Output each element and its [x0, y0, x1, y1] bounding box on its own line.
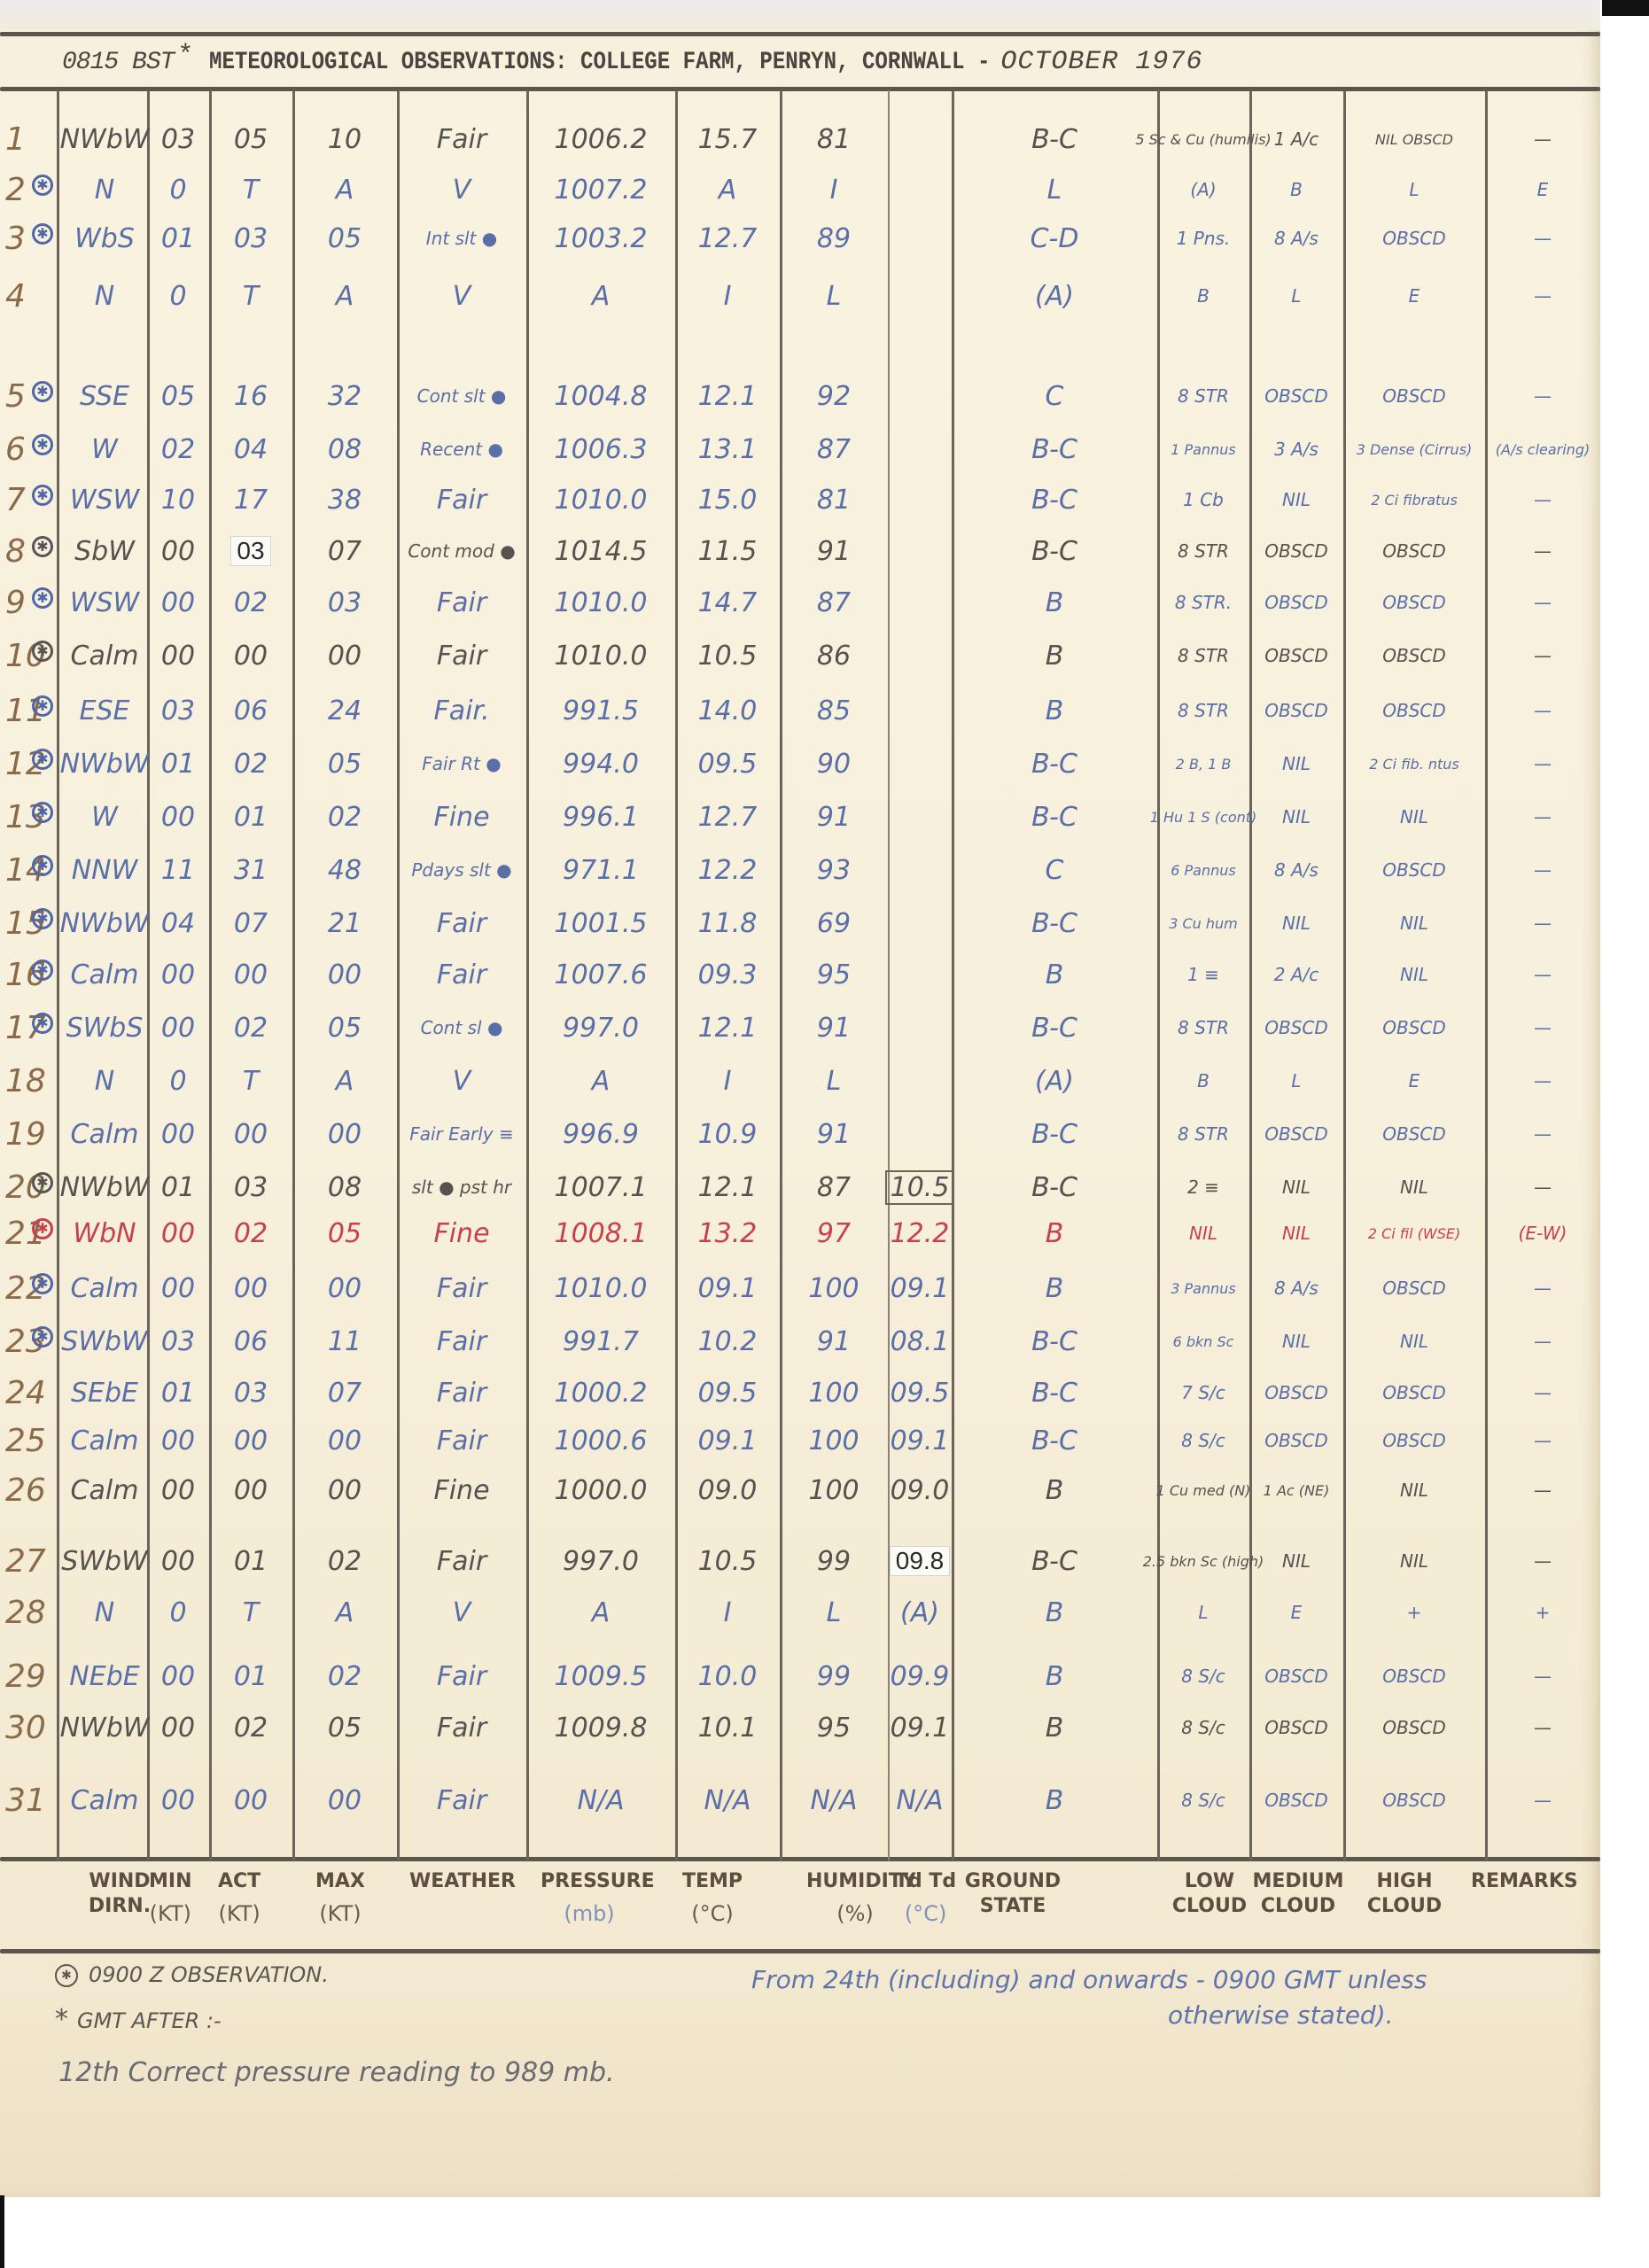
cell-td — [888, 525, 952, 577]
cell-max: 02 — [292, 791, 397, 843]
cell-value: Cont mod ● — [408, 540, 515, 562]
cell-value: V — [453, 1066, 471, 1097]
cell-high-cloud: OBSCD — [1343, 577, 1485, 628]
cell-act: 31 — [209, 844, 292, 896]
cell-max: A — [292, 270, 397, 322]
cell-remarks: — — [1485, 1161, 1600, 1213]
cell-value: 00 — [234, 1119, 268, 1150]
cell-value: OBSCD — [1264, 645, 1328, 666]
cell-humidity: 87 — [780, 1161, 888, 1213]
cell-value: Fair — [437, 1713, 486, 1744]
cell-max: 21 — [292, 897, 397, 949]
observation-marker-icon: ✱ — [32, 695, 53, 717]
cell-low-cloud: 2 ≡ — [1157, 1161, 1249, 1213]
cell-value: Fair — [437, 1326, 486, 1357]
cell-remarks: — — [1485, 1262, 1600, 1314]
cell-value: 2 ≡ — [1187, 1177, 1219, 1198]
cell-value: 991.7 — [563, 1326, 639, 1357]
cell-value: 0 — [169, 1066, 186, 1097]
cell-value: 1010.0 — [555, 485, 648, 516]
cell-value: 05 — [234, 124, 268, 155]
cell-value: 1000.0 — [555, 1475, 648, 1506]
cell-max: 32 — [292, 370, 397, 422]
cell-value: 8 STR — [1178, 385, 1229, 407]
cell-low-cloud: 8 S/c — [1157, 1415, 1249, 1466]
cell-value: I — [724, 1066, 732, 1097]
cell-value: 1 ≡ — [1187, 964, 1219, 985]
cell-value: 05 — [328, 749, 362, 780]
cell-humidity: 87 — [780, 423, 888, 475]
cell-value: — — [1534, 1666, 1552, 1687]
cell-value: (A) — [1035, 1066, 1074, 1097]
cell-medium-cloud: NIL — [1249, 791, 1343, 843]
cell-value: 00 — [234, 1475, 268, 1506]
cell-value: 996.1 — [563, 802, 639, 833]
cell-medium-cloud: OBSCD — [1249, 1108, 1343, 1160]
column-header-ground: GROUND STATE — [964, 1869, 1062, 1919]
cell-value: SbW — [74, 536, 135, 567]
cell-wind-dir: W — [62, 791, 147, 843]
cell-remarks: (E-W) — [1485, 1208, 1600, 1259]
cell-ground: B — [952, 1208, 1157, 1259]
cell-ground: B — [952, 949, 1157, 1000]
cell-value: 09.0 — [891, 1475, 950, 1506]
cell-max: 24 — [292, 685, 397, 736]
cell-medium-cloud: 8 A/s — [1249, 213, 1343, 264]
cell-temp: 13.2 — [675, 1208, 780, 1259]
cell-value: 12.2 — [698, 855, 758, 886]
cell-value: OBSCD — [1382, 1717, 1446, 1738]
cell-value: (A) — [1035, 281, 1074, 312]
cell-value: B — [1290, 179, 1303, 200]
cell-high-cloud: NIL — [1343, 1316, 1485, 1367]
cell-value: — — [1534, 753, 1552, 774]
cell-weather: Recent ● — [397, 423, 526, 475]
cell-high-cloud: NIL — [1343, 791, 1485, 843]
cell-temp: 11.8 — [675, 897, 780, 949]
cell-value: 15.7 — [698, 124, 758, 155]
observation-marker-icon: ✱ — [32, 1218, 53, 1239]
cell-temp: 13.1 — [675, 423, 780, 475]
cell-value: 00 — [161, 1661, 195, 1692]
table-row: 30NWbW000205Fair1009.810.19509.1B8 S/cOB… — [0, 1702, 1600, 1753]
cell-high-cloud: OBSCD — [1343, 1415, 1485, 1466]
cell-ground: L — [952, 164, 1157, 215]
cell-pressure: 971.1 — [526, 844, 675, 896]
cell-value: 03 — [161, 695, 195, 726]
table-row: 4N0TAVAIL(A)BLE— — [0, 270, 1600, 322]
cell-value: 8 A/s — [1274, 228, 1318, 249]
cell-value: 13.2 — [698, 1218, 758, 1249]
cell-value: OBSCD — [1264, 1717, 1328, 1738]
cell-value: 00 — [234, 641, 268, 672]
cell-max: 08 — [292, 1161, 397, 1213]
cell-humidity: 90 — [780, 738, 888, 789]
cell-pressure: 1007.2 — [526, 164, 675, 215]
cell-value: — — [1534, 540, 1552, 562]
cell-ground: B-C — [952, 1316, 1157, 1367]
cell-value: NWbW — [60, 908, 150, 939]
cell-high-cloud: E — [1343, 1055, 1485, 1107]
cell-value: 8 STR — [1178, 1017, 1229, 1038]
cell-weather: V — [397, 1587, 526, 1638]
observation-grid: 1NWbW030510Fair1006.215.781B-C5 Sc & Cu … — [0, 90, 1600, 1860]
cell-high-cloud: 2 Ci fib. ntus — [1343, 738, 1485, 789]
cell-value: 09.9 — [891, 1661, 950, 1692]
cell-value: — — [1534, 806, 1552, 827]
cell-value: 00 — [161, 1475, 195, 1506]
cell-pressure: 1007.1 — [526, 1161, 675, 1213]
cell-value: WbS — [74, 223, 135, 254]
cell-humidity: 89 — [780, 213, 888, 264]
observation-marker-icon: ✱ — [32, 1326, 53, 1348]
cell-act: 00 — [209, 1262, 292, 1314]
cell-high-cloud: OBSCD — [1343, 525, 1485, 577]
cell-ground: (A) — [952, 270, 1157, 322]
cell-act: 00 — [209, 1415, 292, 1466]
cell-value: OBSCD — [1382, 700, 1446, 721]
cell-value: SWbS — [66, 1013, 144, 1044]
table-row: 6✱W020408Recent ●1006.313.187B-C1 Pannus… — [0, 423, 1600, 475]
cell-value: B-C — [1031, 536, 1077, 567]
cell-value: 02 — [328, 1661, 362, 1692]
cell-value: 1 Cu med (N) — [1156, 1482, 1251, 1499]
observation-marker-icon: ✱ — [32, 641, 53, 662]
day-number: 25 — [5, 1415, 46, 1466]
cell-humidity: 95 — [780, 949, 888, 1000]
cell-value: OBSCD — [1264, 592, 1328, 613]
cell-weather: Fair. — [397, 685, 526, 736]
cell-value: W — [91, 434, 118, 465]
cell-act: T — [209, 270, 292, 322]
day-number: 2 — [5, 164, 26, 215]
cell-min: 00 — [147, 1002, 209, 1053]
cell-remarks: — — [1485, 1535, 1600, 1587]
cell-weather: Fair — [397, 630, 526, 681]
cell-value: 87 — [817, 1172, 851, 1203]
cell-value: — — [1534, 285, 1552, 307]
cell-remarks: + — [1485, 1587, 1600, 1638]
cell-low-cloud: 1 Pannus — [1157, 423, 1249, 475]
cell-medium-cloud: L — [1249, 270, 1343, 322]
cell-value: NIL — [1282, 806, 1311, 827]
cell-temp: 10.2 — [675, 1316, 780, 1367]
cell-value: 1 Cb — [1183, 489, 1224, 510]
cell-act: 07 — [209, 897, 292, 949]
cell-pressure: 1014.5 — [526, 525, 675, 577]
cell-min: 03 — [147, 113, 209, 165]
cell-value: 09.1 — [891, 1425, 950, 1456]
cell-max: 10 — [292, 113, 397, 165]
table-row: 29NEbE000102Fair1009.510.09909.9B8 S/cOB… — [0, 1651, 1600, 1702]
cell-temp: N/A — [675, 1775, 780, 1826]
cell-remarks: — — [1485, 897, 1600, 949]
cell-act: 02 — [209, 1702, 292, 1753]
cell-weather: Fair — [397, 474, 526, 525]
cell-value: — — [1534, 964, 1552, 985]
cell-value: T — [243, 1066, 259, 1097]
cell-value: A — [336, 281, 354, 312]
cell-value: 00 — [161, 1273, 195, 1304]
cell-low-cloud: 1 ≡ — [1157, 949, 1249, 1000]
column-header-temp: TEMP(°C) — [682, 1869, 743, 1926]
cell-humidity: 91 — [780, 791, 888, 843]
cell-ground: B-C — [952, 423, 1157, 475]
table-row: 21✱WbN000205Fine1008.113.29712.2BNILNIL2… — [0, 1208, 1600, 1259]
cell-value: 00 — [161, 536, 195, 567]
cell-value: 89 — [817, 223, 851, 254]
cell-value: 00 — [234, 1785, 268, 1816]
cell-value: 00 — [328, 1119, 362, 1150]
cell-value: 05 — [328, 1218, 362, 1249]
cell-pressure: 1010.0 — [526, 1262, 675, 1314]
cell-medium-cloud: OBSCD — [1249, 525, 1343, 577]
cell-value: V — [453, 1597, 471, 1628]
cell-humidity: 91 — [780, 525, 888, 577]
cell-value: 03 — [328, 587, 362, 618]
cell-value: N/A — [896, 1785, 943, 1816]
cell-min: 00 — [147, 1108, 209, 1160]
cell-medium-cloud: B — [1249, 164, 1343, 215]
cell-value: Fair — [437, 485, 486, 516]
cell-temp: I — [675, 1587, 780, 1638]
cell-value: 90 — [817, 749, 851, 780]
observation-marker-icon: ✱ — [32, 1013, 53, 1034]
cell-value: T — [243, 1597, 259, 1628]
observation-marker-icon: ✱ — [32, 175, 53, 196]
cell-value: A — [592, 1597, 611, 1628]
cell-value: 00 — [328, 1425, 362, 1456]
cell-td: 09.5 — [888, 1367, 952, 1418]
cell-value: 00 — [161, 959, 195, 990]
cell-value: Calm — [71, 1119, 139, 1150]
cell-value: NIL — [1282, 913, 1311, 934]
cell-value: 8 STR — [1178, 645, 1229, 666]
cell-low-cloud: 6 Pannus — [1157, 844, 1249, 896]
cell-value: 07 — [234, 908, 268, 939]
cell-value: 100 — [808, 1425, 859, 1456]
cell-value: NIL — [1400, 913, 1428, 934]
cell-high-cloud: NIL — [1343, 1535, 1485, 1587]
cell-min: 01 — [147, 1367, 209, 1418]
cell-ground: B-C — [952, 791, 1157, 843]
column-header-label: HIGH CLOUD — [1356, 1869, 1453, 1919]
cell-value: 1010.0 — [555, 641, 648, 672]
cell-pressure: 997.0 — [526, 1002, 675, 1053]
cell-value: I — [724, 281, 732, 312]
cell-low-cloud: 2.5 bkn Sc (high) — [1157, 1535, 1249, 1587]
cell-medium-cloud: OBSCD — [1249, 370, 1343, 422]
column-header-remarks: REMARKS — [1471, 1869, 1578, 1894]
cell-value: — — [1534, 1430, 1552, 1451]
cell-value: 12.7 — [698, 802, 758, 833]
cell-value: 05 — [328, 1713, 362, 1744]
cell-low-cloud: 8 STR — [1157, 630, 1249, 681]
cell-high-cloud: NIL — [1343, 1161, 1485, 1213]
cell-value: 09.5 — [698, 1378, 758, 1409]
cell-min: 0 — [147, 164, 209, 215]
cell-td — [888, 370, 952, 422]
cell-act: 01 — [209, 1651, 292, 1702]
cell-wind-dir: Calm — [62, 1415, 147, 1466]
asterisk-icon: * — [55, 2004, 68, 2035]
observation-marker-icon: ✱ — [32, 1172, 53, 1193]
cell-humidity: 91 — [780, 1316, 888, 1367]
cell-low-cloud: 1 Pns. — [1157, 213, 1249, 264]
column-header-unit: (KT) — [319, 1901, 361, 1926]
cell-pressure: A — [526, 1587, 675, 1638]
cell-value: + — [1407, 1602, 1422, 1623]
cell-value: 07 — [328, 536, 362, 567]
cell-pressure: 1006.3 — [526, 423, 675, 475]
cell-value: NWbW — [60, 124, 150, 155]
cell-min: 00 — [147, 1775, 209, 1826]
cell-act: 02 — [209, 577, 292, 628]
table-row: 13✱W000102Fine996.112.791B-C1 Hu 1 S (co… — [0, 791, 1600, 843]
cell-value: 6 Pannus — [1171, 862, 1235, 879]
cell-value: ESE — [80, 695, 130, 726]
cell-low-cloud: NIL — [1157, 1208, 1249, 1259]
cell-humidity: 81 — [780, 113, 888, 165]
cell-value: 11 — [161, 855, 195, 886]
cell-value: E — [1409, 1070, 1420, 1091]
day-number: 8 — [5, 525, 26, 577]
cell-weather: Fair — [397, 577, 526, 628]
cell-value: C-D — [1031, 223, 1079, 254]
table-row: 23✱SWbW030611Fair991.710.29108.1B-C6 bkn… — [0, 1316, 1600, 1367]
cell-value: — — [1534, 700, 1552, 721]
cell-value: — — [1534, 1480, 1552, 1501]
note-from-24th: From 24th (including) and onwards - 0900… — [751, 1962, 1496, 2033]
cell-max: 00 — [292, 1262, 397, 1314]
cell-low-cloud: 8 S/c — [1157, 1651, 1249, 1702]
cell-value: 00 — [234, 1425, 268, 1456]
observation-marker-icon: ✱ — [32, 536, 53, 557]
day-number: 3 — [5, 213, 26, 264]
cell-low-cloud: 8 S/c — [1157, 1775, 1249, 1826]
cell-value: Fair Early ≡ — [409, 1123, 514, 1145]
cell-value: 8 S/c — [1181, 1430, 1225, 1451]
day-number: 31 — [5, 1775, 46, 1826]
title-month: OCTOBER 1976 — [1000, 47, 1202, 77]
cell-low-cloud: 1 Cu med (N) — [1157, 1464, 1249, 1516]
cell-remarks: — — [1485, 113, 1600, 165]
cell-ground: B-C — [952, 1161, 1157, 1213]
cell-value: OBSCD — [1264, 1017, 1328, 1038]
cell-value: 10 — [328, 124, 362, 155]
cell-value: 85 — [817, 695, 851, 726]
cell-ground: B — [952, 1651, 1157, 1702]
observation-marker-icon: ✱ — [32, 959, 53, 981]
cell-value: 00 — [161, 587, 195, 618]
day-number: 6 — [5, 423, 26, 475]
cell-value: 01 — [234, 1661, 268, 1692]
day-number: 30 — [5, 1702, 46, 1753]
cell-wind-dir: WSW — [62, 474, 147, 525]
cell-value: 09.8 — [890, 1546, 951, 1576]
cell-medium-cloud: OBSCD — [1249, 1702, 1343, 1753]
cell-value: 87 — [817, 587, 851, 618]
cell-value: WSW — [70, 485, 139, 516]
cell-value: OBSCD — [1264, 540, 1328, 562]
cell-humidity: 91 — [780, 1002, 888, 1053]
cell-value: E — [1291, 1602, 1303, 1623]
day-number: 28 — [5, 1587, 46, 1638]
cell-value: 3 A/s — [1274, 439, 1318, 460]
observation-marker-icon: ✱ — [32, 908, 53, 929]
cell-value: V — [453, 281, 471, 312]
cell-ground: B-C — [952, 1367, 1157, 1418]
cell-value: 8 STR — [1178, 700, 1229, 721]
cell-value: 994.0 — [563, 749, 639, 780]
cell-pressure: 1010.0 — [526, 577, 675, 628]
cell-td — [888, 113, 952, 165]
cell-value: B-C — [1031, 1326, 1077, 1357]
cell-min: 01 — [147, 1161, 209, 1213]
cell-value: Calm — [71, 1425, 139, 1456]
observation-marker-icon: ✱ — [32, 1273, 53, 1294]
table-row: 24SEbE010307Fair1000.209.510009.5B-C7 S/… — [0, 1367, 1600, 1418]
cell-value: 16 — [234, 381, 268, 412]
cell-value: — — [1534, 128, 1552, 150]
cell-medium-cloud: OBSCD — [1249, 1651, 1343, 1702]
column-header-label: WEATHER — [409, 1869, 507, 1894]
cell-value: 02 — [328, 802, 362, 833]
cell-ground: B-C — [952, 1415, 1157, 1466]
cell-max: 00 — [292, 1464, 397, 1516]
cell-value: SSE — [80, 381, 129, 412]
cell-value: Calm — [71, 1475, 139, 1506]
cell-value: B-C — [1031, 434, 1077, 465]
day-number: 4 — [5, 270, 26, 322]
cell-value: A — [336, 1066, 354, 1097]
cell-value: Cont sl ● — [421, 1017, 503, 1038]
cell-value: — — [1534, 1278, 1552, 1299]
cell-value: 1014.5 — [555, 536, 648, 567]
cell-min: 05 — [147, 370, 209, 422]
cell-high-cloud: 3 Dense (Cirrus) — [1343, 423, 1485, 475]
observation-marker-icon: ✱ — [32, 485, 53, 506]
cell-humidity: 97 — [780, 1208, 888, 1259]
cell-act: T — [209, 164, 292, 215]
cell-max: 00 — [292, 1108, 397, 1160]
column-header-label: PRESSURE — [541, 1869, 638, 1894]
cell-weather: Fair — [397, 113, 526, 165]
cell-min: 00 — [147, 630, 209, 681]
cell-value: 8 STR. — [1175, 592, 1232, 613]
cell-ground: B-C — [952, 897, 1157, 949]
cell-wind-dir: Calm — [62, 1775, 147, 1826]
cell-td — [888, 423, 952, 475]
cell-min: 10 — [147, 474, 209, 525]
cell-ground: C-D — [952, 213, 1157, 264]
cell-value: 3 Cu hum — [1169, 915, 1238, 932]
cell-value: Fair. — [433, 695, 489, 726]
cell-max: A — [292, 164, 397, 215]
cell-medium-cloud: NIL — [1249, 1316, 1343, 1367]
cell-max: A — [292, 1587, 397, 1638]
cell-value: 00 — [161, 1218, 195, 1249]
cell-humidity: 99 — [780, 1535, 888, 1587]
cell-weather: V — [397, 164, 526, 215]
cell-value: 11.5 — [698, 536, 758, 567]
cell-value: 1004.8 — [555, 381, 648, 412]
rule-below-headers — [0, 1949, 1600, 1953]
cell-value: 11.8 — [698, 908, 758, 939]
cell-humidity: 86 — [780, 630, 888, 681]
cell-wind-dir: NNW — [62, 844, 147, 896]
cell-value: C — [1046, 855, 1064, 886]
